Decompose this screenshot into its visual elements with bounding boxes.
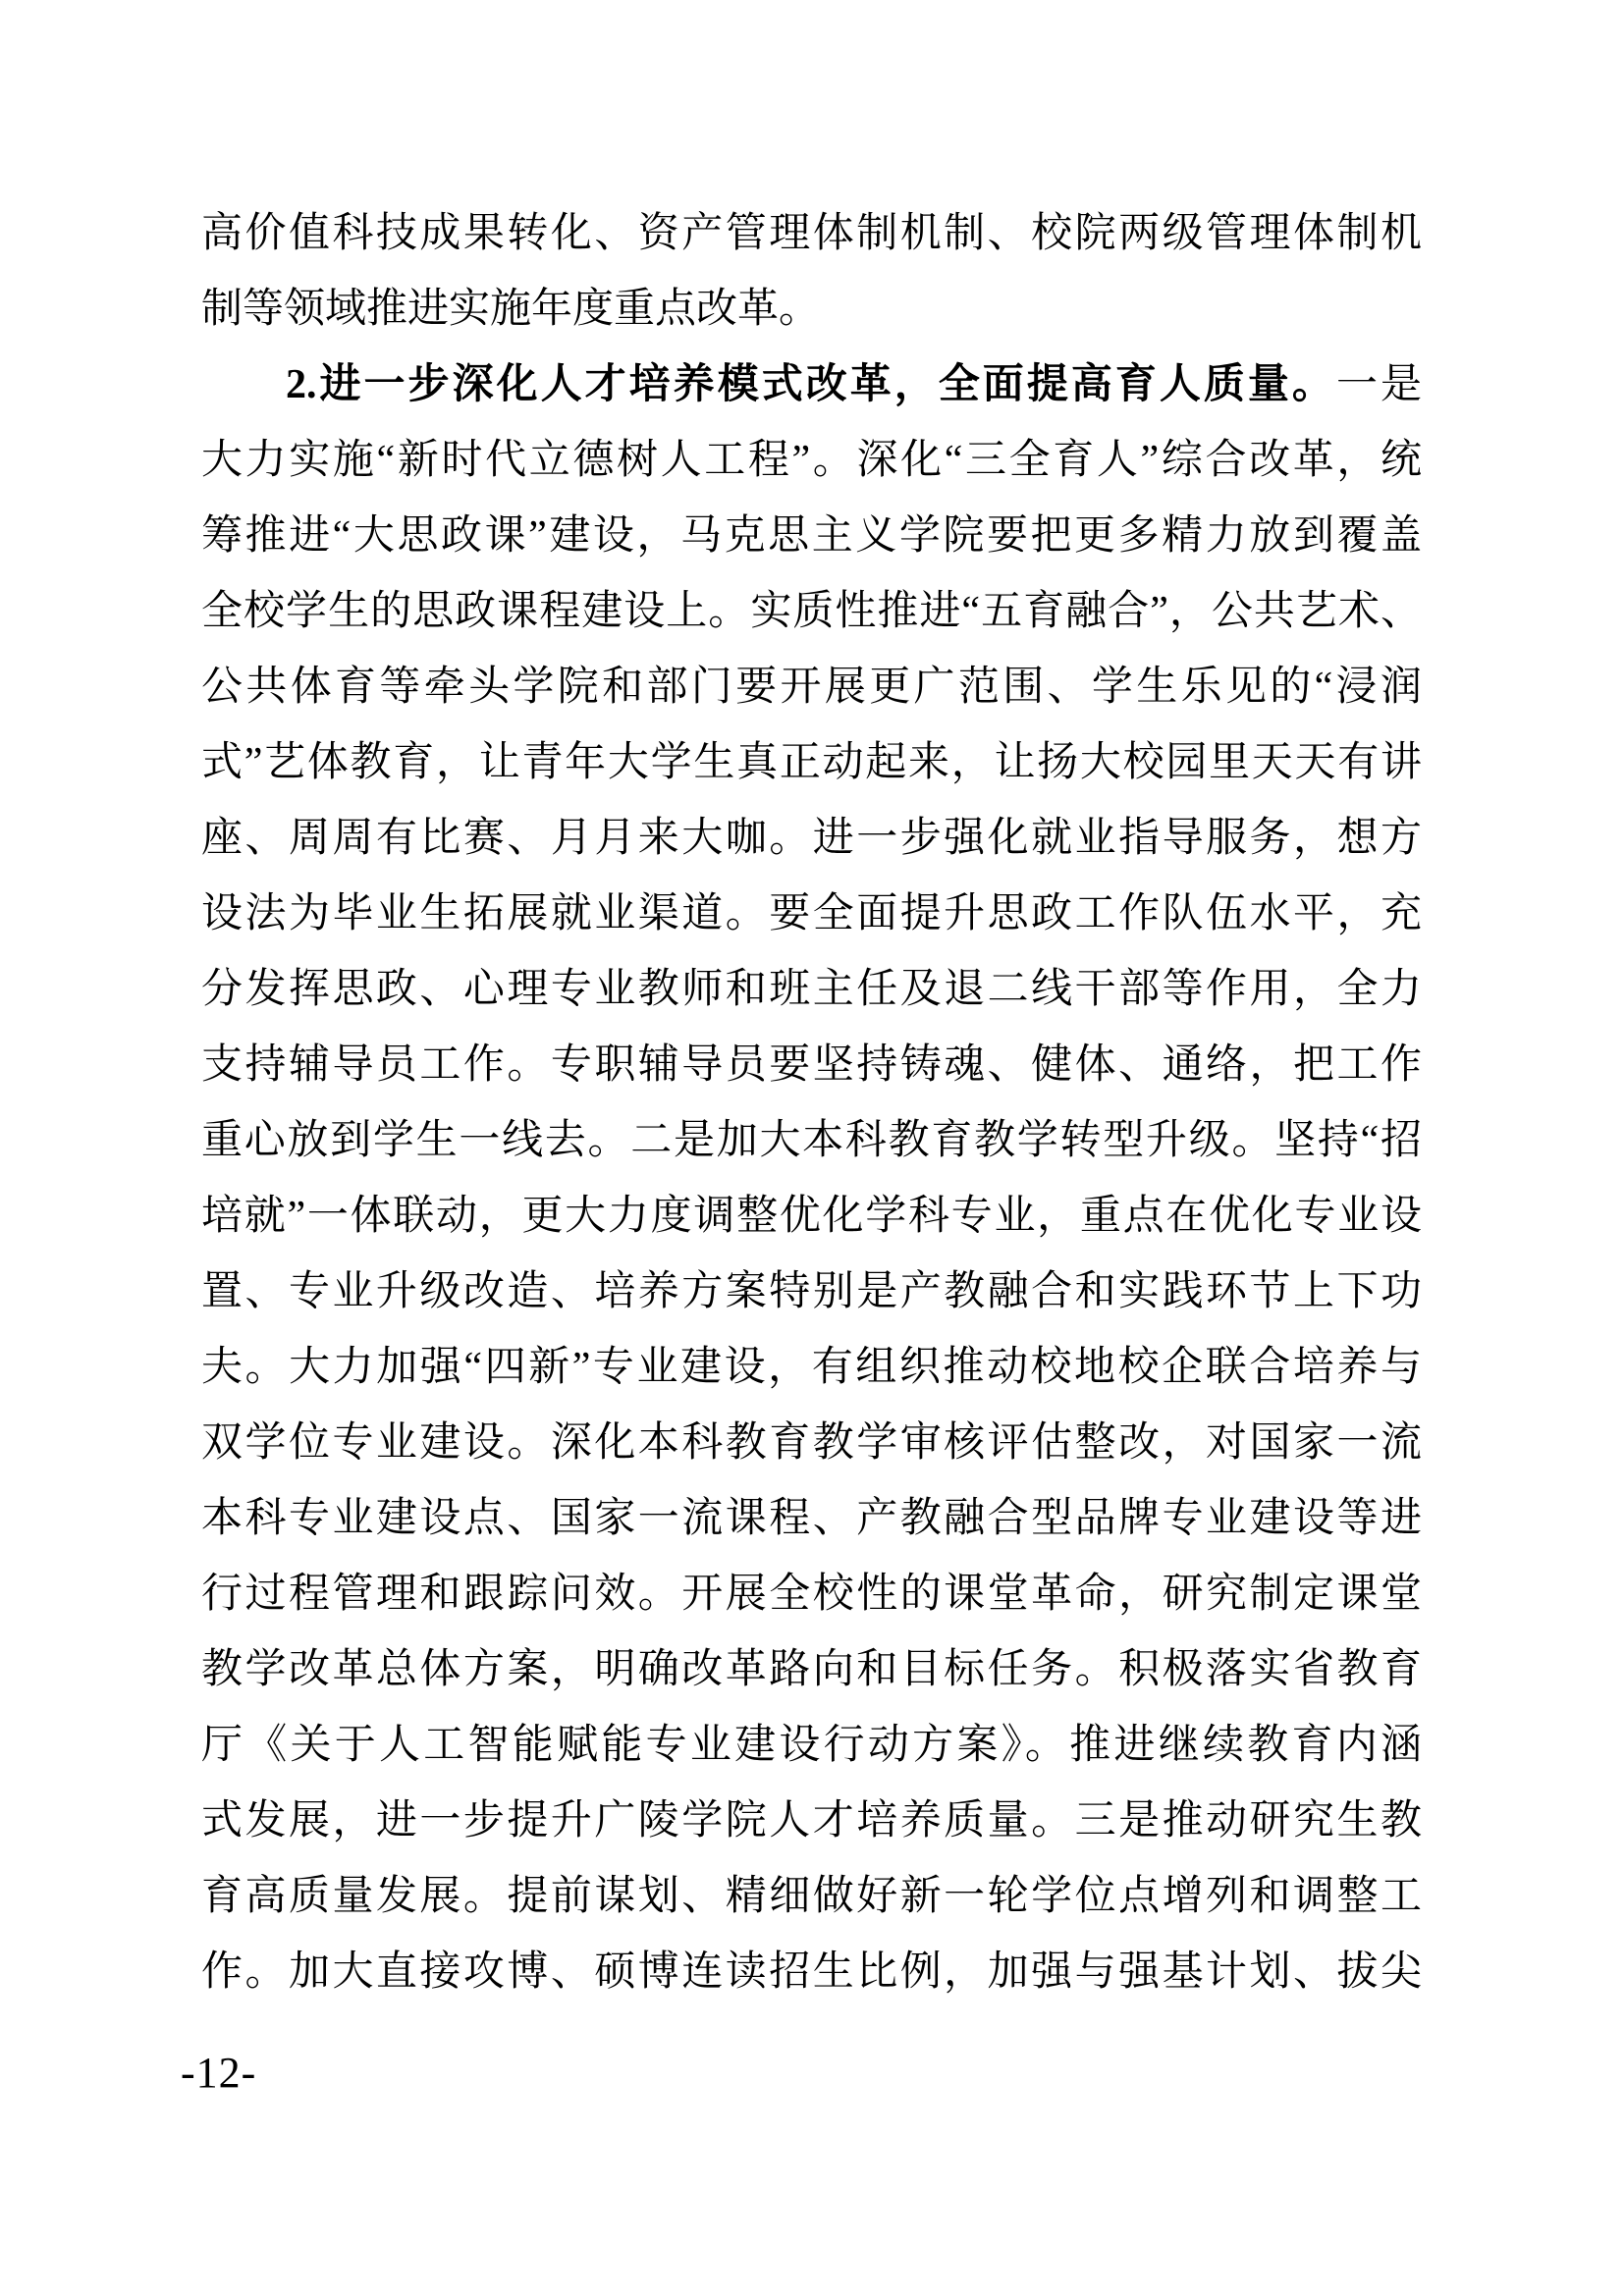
text-segment-bold: 2.进一步深化人才培养模式改革，全面提高育人质量。 <box>286 362 1336 407</box>
text-segment: 式发展，进一步提升广陵学院人才培养质量。三是推动研究生教 <box>201 1798 1422 1843</box>
text-line: 2.进一步深化人才培养模式改革，全面提高育人质量。一是 <box>201 347 1422 423</box>
text-segment: 厅《关于人工智能赋能专业建设行动方案》。推进继续教育内涵 <box>201 1723 1422 1768</box>
text-line: 育高质量发展。提前谋划、精细做好新一轮学位点增列和调整工 <box>201 1859 1422 1935</box>
text-segment: 分发挥思政、心理专业教师和班主任及退二线干部等作用，全力 <box>201 967 1422 1012</box>
text-line: 公共体育等牵头学院和部门要开展更广范围、学生乐见的“浸润 <box>201 650 1422 725</box>
text-line: 培就”一体联动，更大力度调整优化学科专业，重点在优化专业设 <box>201 1179 1422 1255</box>
text-line: 大力实施“新时代立德树人工程”。深化“三全育人”综合改革，统 <box>201 423 1422 499</box>
text-line: 双学位专业建设。深化本科教育教学审核评估整改，对国家一流 <box>201 1406 1422 1481</box>
paragraph-1: 高价值科技成果转化、资产管理体制机制、校院两级管理体制机制等领域推进实施年度重点… <box>201 196 1422 347</box>
text-line: 制等领域推进实施年度重点改革。 <box>201 272 1422 347</box>
text-segment: 全校学生的思政课程建设上。实质性推进“五育融合”，公共艺术、 <box>201 589 1422 634</box>
text-line: 置、专业升级改造、培养方案特别是产教融合和实践环节上下功 <box>201 1255 1422 1330</box>
text-segment: 作。加大直接攻博、硕博连读招生比例，加强与强基计划、拔尖 <box>201 1949 1422 1995</box>
text-segment: 夫。大力加强“四新”专业建设，有组织推动校地校企联合培养与 <box>201 1345 1422 1390</box>
text-segment: 一是 <box>1336 362 1422 407</box>
text-line: 夫。大力加强“四新”专业建设，有组织推动校地校企联合培养与 <box>201 1330 1422 1406</box>
text-segment: 双学位专业建设。深化本科教育教学审核评估整改，对国家一流 <box>201 1420 1422 1466</box>
text-segment: 大力实施“新时代立德树人工程”。深化“三全育人”综合改革，统 <box>201 438 1422 483</box>
text-segment: 设法为毕业生拓展就业渠道。要全面提升思政工作队伍水平，充 <box>201 891 1422 936</box>
document-page: 高价值科技成果转化、资产管理体制机制、校院两级管理体制机制等领域推进实施年度重点… <box>0 0 1624 2296</box>
text-line: 本科专业建设点、国家一流课程、产教融合型品牌专业建设等进 <box>201 1481 1422 1557</box>
page-number: -12- <box>181 2052 256 2095</box>
text-line: 教学改革总体方案，明确改革路向和目标任务。积极落实省教育 <box>201 1632 1422 1708</box>
text-segment: 教学改革总体方案，明确改革路向和目标任务。积极落实省教育 <box>201 1647 1422 1692</box>
text-segment: 置、专业升级改造、培养方案特别是产教融合和实践环节上下功 <box>201 1269 1422 1314</box>
text-line: 作。加大直接攻博、硕博连读招生比例，加强与强基计划、拔尖 <box>201 1935 1422 2010</box>
text-line: 式”艺体教育，让青年大学生真正动起来，让扬大校园里天天有讲 <box>201 725 1422 801</box>
text-segment: 培就”一体联动，更大力度调整优化学科专业，重点在优化专业设 <box>201 1194 1422 1239</box>
document-body: 高价值科技成果转化、资产管理体制机制、校院两级管理体制机制等领域推进实施年度重点… <box>201 196 1422 2010</box>
text-segment: 座、周周有比赛、月月来大咖。进一步强化就业指导服务，想方 <box>201 816 1422 861</box>
text-line: 重心放到学生一线去。二是加大本科教育教学转型升级。坚持“招 <box>201 1103 1422 1179</box>
text-line: 座、周周有比赛、月月来大咖。进一步强化就业指导服务，想方 <box>201 801 1422 877</box>
text-segment: 筹推进“大思政课”建设，马克思主义学院要把更多精力放到覆盖 <box>201 513 1422 559</box>
text-segment: 行过程管理和跟踪问效。开展全校性的课堂革命，研究制定课堂 <box>201 1572 1422 1617</box>
text-segment: 式”艺体教育，让青年大学生真正动起来，让扬大校园里天天有讲 <box>201 740 1422 785</box>
text-line: 筹推进“大思政课”建设，马克思主义学院要把更多精力放到覆盖 <box>201 499 1422 574</box>
text-line: 式发展，进一步提升广陵学院人才培养质量。三是推动研究生教 <box>201 1784 1422 1859</box>
text-line: 厅《关于人工智能赋能专业建设行动方案》。推进继续教育内涵 <box>201 1708 1422 1784</box>
text-segment: 重心放到学生一线去。二是加大本科教育教学转型升级。坚持“招 <box>201 1118 1422 1163</box>
text-segment: 公共体育等牵头学院和部门要开展更广范围、学生乐见的“浸润 <box>201 665 1422 710</box>
paragraph-2: 2.进一步深化人才培养模式改革，全面提高育人质量。一是大力实施“新时代立德树人工… <box>201 347 1422 2010</box>
text-line: 高价值科技成果转化、资产管理体制机制、校院两级管理体制机 <box>201 196 1422 272</box>
text-segment: 制等领域推进实施年度重点改革。 <box>201 287 820 332</box>
text-segment: 高价值科技成果转化、资产管理体制机制、校院两级管理体制机 <box>201 211 1422 256</box>
text-line: 行过程管理和跟踪问效。开展全校性的课堂革命，研究制定课堂 <box>201 1557 1422 1632</box>
text-segment: 育高质量发展。提前谋划、精细做好新一轮学位点增列和调整工 <box>201 1874 1422 1919</box>
text-line: 设法为毕业生拓展就业渠道。要全面提升思政工作队伍水平，充 <box>201 877 1422 952</box>
text-line: 分发挥思政、心理专业教师和班主任及退二线干部等作用，全力 <box>201 952 1422 1028</box>
text-segment: 本科专业建设点、国家一流课程、产教融合型品牌专业建设等进 <box>201 1496 1422 1541</box>
text-line: 全校学生的思政课程建设上。实质性推进“五育融合”，公共艺术、 <box>201 574 1422 650</box>
text-line: 支持辅导员工作。专职辅导员要坚持铸魂、健体、通络，把工作 <box>201 1028 1422 1103</box>
text-segment: 支持辅导员工作。专职辅导员要坚持铸魂、健体、通络，把工作 <box>201 1042 1422 1088</box>
